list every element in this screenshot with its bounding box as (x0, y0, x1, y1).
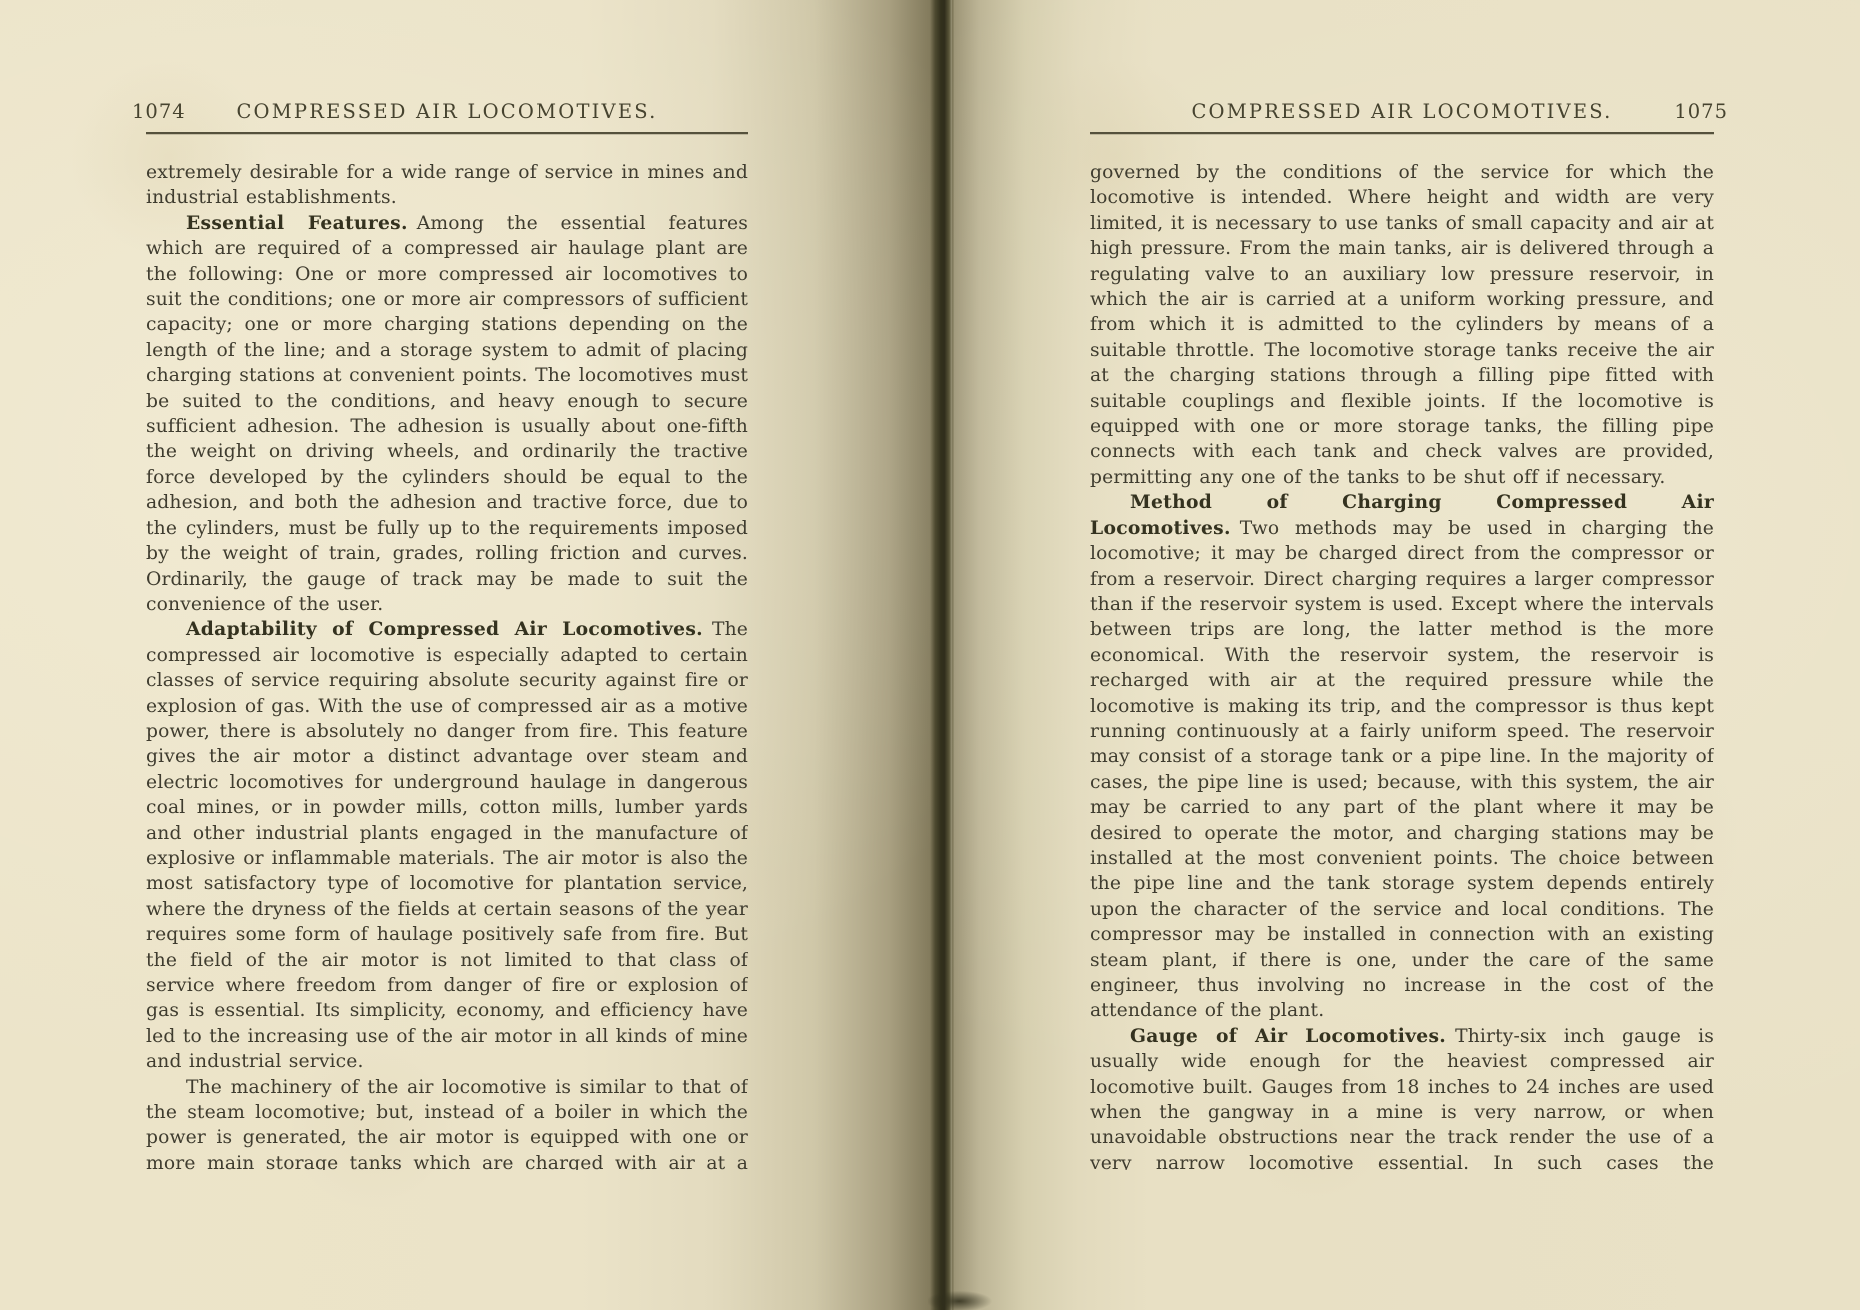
body-text-left: extremely desirable for a wide range of … (146, 160, 748, 1170)
running-head-left: 1074 COMPRESSED AIR LOCOMOTIVES. (132, 100, 762, 123)
paragraph: Adaptability of Compressed Air Locomotiv… (146, 617, 748, 1074)
book-binding-gutter (930, 0, 954, 1310)
paragraph-run-in-heading: Adaptability of Compressed Air Locomotiv… (186, 618, 703, 640)
header-rule-right (1090, 132, 1714, 134)
paragraph-run-in-heading: Method of Charging Compressed Air Locomo… (1090, 491, 1714, 538)
page-number-left: 1074 (132, 100, 206, 123)
running-head-right: COMPRESSED AIR LOCOMOTIVES. 1075 (1076, 100, 1728, 123)
paragraph-run-in-heading: Essential Features. (186, 212, 408, 234)
binding-shadow-bottom (928, 1288, 1006, 1310)
body-text-right: governed by the conditions of the servic… (1090, 160, 1714, 1170)
paragraph: The machinery of the air locomotive is s… (146, 1075, 748, 1170)
paragraph: governed by the conditions of the servic… (1090, 160, 1714, 490)
paragraph-run-in-heading: Gauge of Air Locomotives. (1130, 1025, 1446, 1047)
book-spread: 1074 COMPRESSED AIR LOCOMOTIVES. extreme… (0, 0, 1860, 1310)
header-rule-left (146, 132, 748, 134)
paragraph: Method of Charging Compressed Air Locomo… (1090, 490, 1714, 1024)
running-title-left: COMPRESSED AIR LOCOMOTIVES. (206, 100, 688, 123)
paragraph: Essential Features.Among the essential f… (146, 211, 748, 618)
paragraph: Gauge of Air Locomotives.Thirty-six inch… (1090, 1024, 1714, 1170)
right-page-text-block: COMPRESSED AIR LOCOMOTIVES. 1075 governe… (1090, 100, 1714, 1170)
paragraph: extremely desirable for a wide range of … (146, 160, 748, 211)
left-page-text-block: 1074 COMPRESSED AIR LOCOMOTIVES. extreme… (146, 100, 748, 1170)
page-number-right: 1075 (1654, 100, 1728, 123)
running-title-right: COMPRESSED AIR LOCOMOTIVES. (1150, 100, 1654, 123)
